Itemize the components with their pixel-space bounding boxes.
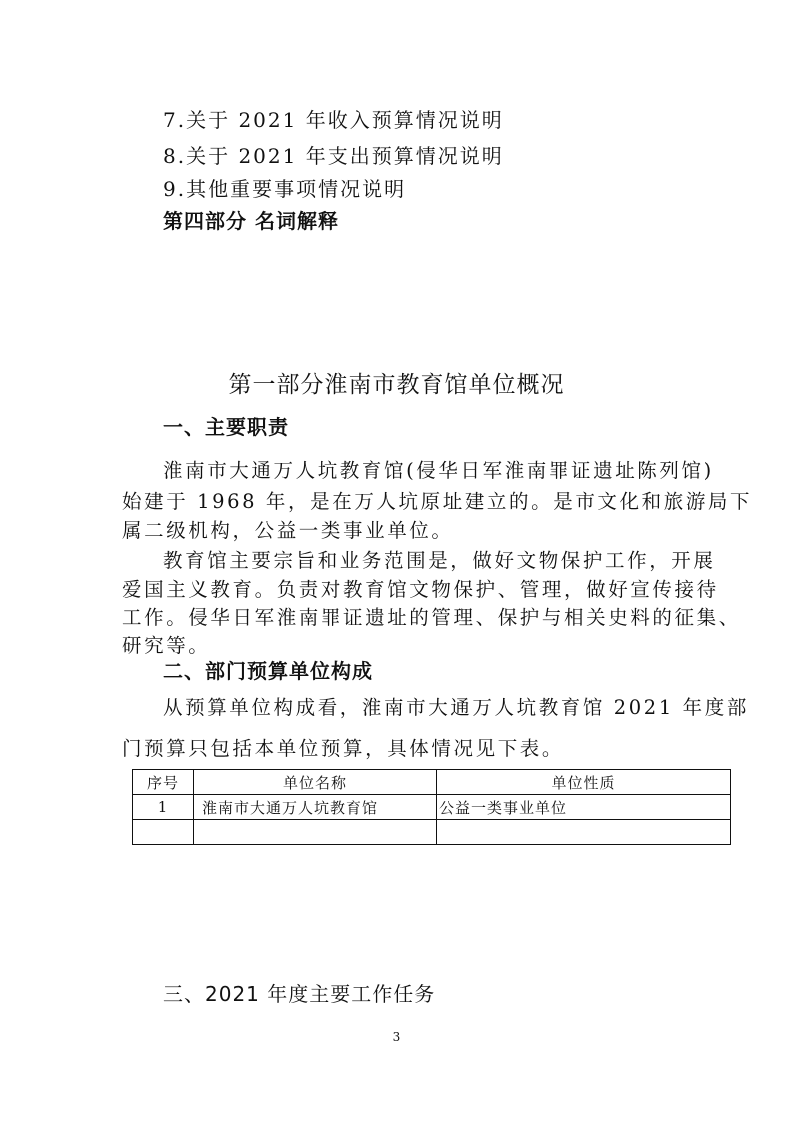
toc-item-7: 7.关于 2021 年收入预算情况说明 (163, 104, 504, 133)
toc-part-4: 第四部分 名词解释 (163, 205, 339, 234)
section1-para2-line2: 爱国主义教育。负责对教育馆文物保护、管理，做好宣传接待 (122, 574, 719, 602)
page-number: 3 (0, 1030, 793, 1044)
table-row: 1 淮南市大通万人坑教育馆 公益一类事业单位 (133, 795, 731, 820)
table-header-row: 序号 单位名称 单位性质 (133, 770, 731, 795)
table-row (133, 820, 731, 845)
part1-title: 第一部分淮南市教育馆单位概况 (0, 366, 793, 399)
cell-index (133, 820, 194, 845)
cell-unit-nature (437, 820, 731, 845)
cell-unit-name: 淮南市大通万人坑教育馆 (194, 795, 437, 820)
section1-para1-line3: 属二级机构，公益一类事业单位。 (122, 515, 454, 543)
section2-para-line2: 门预算只包括本单位预算，具体情况见下表。 (122, 733, 564, 761)
cell-unit-nature: 公益一类事业单位 (437, 795, 731, 820)
toc-item-8: 8.关于 2021 年支出预算情况说明 (163, 140, 504, 169)
col-header-index: 序号 (133, 770, 194, 795)
cell-unit-name (194, 820, 437, 845)
budget-units-table: 序号 单位名称 单位性质 1 淮南市大通万人坑教育馆 公益一类事业单位 (132, 769, 731, 845)
section1-para2-line1: 教育馆主要宗旨和业务范围是，做好文物保护工作，开展 (163, 545, 716, 573)
cell-index: 1 (133, 795, 194, 820)
section1-para2-line3: 工作。侵华日军淮南罪证遗址的管理、保护与相关史料的征集、 (122, 602, 741, 630)
section2-heading: 二、部门预算单位构成 (163, 655, 373, 684)
section1-para1-line1: 淮南市大通万人坑教育馆(侵华日军淮南罪证遗址陈列馆) (163, 455, 714, 483)
section3-heading: 三、2021 年度主要工作任务 (163, 978, 435, 1007)
col-header-unit-nature: 单位性质 (437, 770, 731, 795)
section2-para-line1: 从预算单位构成看，淮南市大通万人坑教育馆 2021 年度部 (163, 692, 749, 720)
section1-para2-line4: 研究等。 (122, 630, 210, 658)
section1-heading: 一、主要职责 (163, 411, 289, 440)
col-header-unit-name: 单位名称 (194, 770, 437, 795)
toc-item-9: 9.其他重要事项情况说明 (163, 173, 406, 202)
section1-para1-line2: 始建于 1968 年，是在万人坑原址建立的。是市文化和旅游局下 (122, 486, 752, 514)
